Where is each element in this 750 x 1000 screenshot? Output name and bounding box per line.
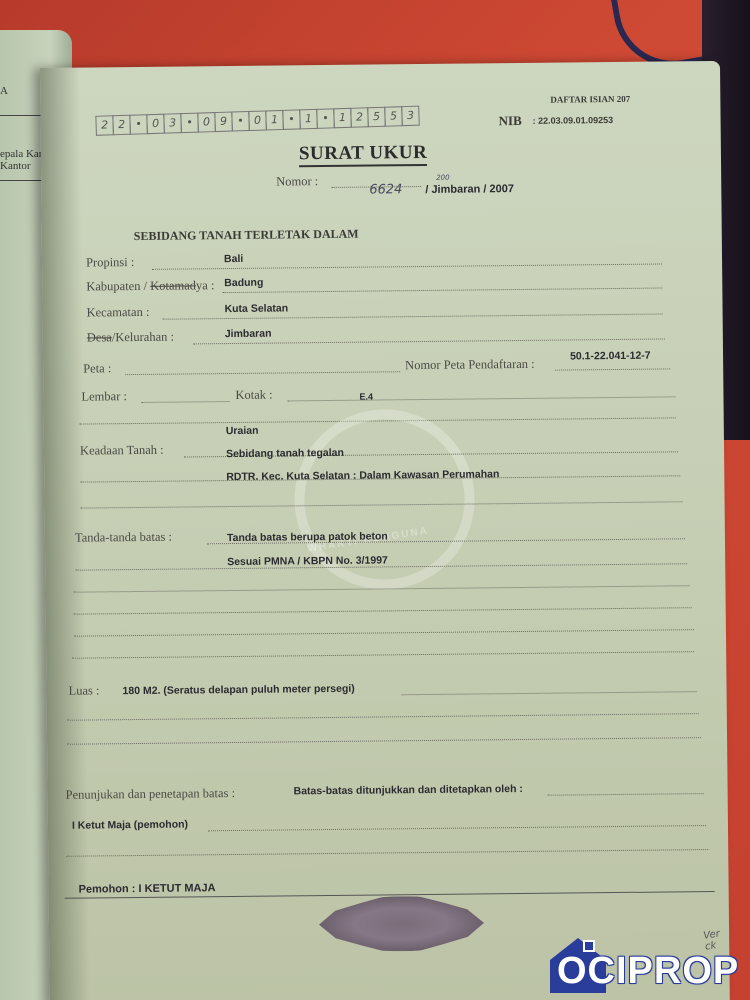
nib-value: : 22.03.09.01.09253 (533, 115, 614, 126)
desa-value: Jimbaran (225, 328, 272, 340)
back-page-fragment: A (0, 85, 8, 97)
id-box: • (231, 111, 250, 132)
id-box: 9 (214, 112, 233, 133)
nomor-suffix: / Jimbaran / 2007 (425, 183, 514, 196)
brand-name: OCIPROP (557, 950, 739, 993)
id-box: 0 (146, 114, 165, 135)
dotted-line (67, 737, 701, 745)
ociprop-watermark-logo: OCIPROP (545, 935, 750, 995)
nomor-sub: 200 (436, 174, 449, 182)
kecamatan-value: Kuta Selatan (224, 302, 288, 315)
id-box: 5 (384, 106, 403, 127)
keadaan-tanah-value: Uraian (226, 425, 259, 437)
id-box: 2 (95, 115, 114, 136)
nomor-label: Nomor : (276, 174, 318, 189)
kotak-value: E.4 (359, 392, 373, 402)
nib-label: NIB (498, 113, 521, 129)
luas-value: 180 M2. (Seratus delapan puluh meter per… (122, 683, 354, 697)
nomor-peta-value: 50.1-22.041-12-7 (570, 350, 651, 363)
id-box: 2 (112, 115, 131, 136)
dotted-line (72, 651, 694, 659)
dotted-line (125, 371, 400, 375)
dotted-line (287, 396, 675, 401)
dotted-line (548, 793, 704, 796)
handwritten-id-boxes: 22•03•09•01•1•12553 (96, 106, 419, 136)
penunjukan-value: Batas-batas ditunjukkan dan ditetapkan o… (294, 783, 523, 797)
id-box: 0 (248, 110, 267, 131)
dotted-line (67, 713, 699, 721)
kabupaten-label: Kabupaten / Kotamadya : (86, 278, 214, 294)
lembar-label: Lembar : (81, 389, 127, 404)
id-box: • (129, 114, 148, 135)
id-box: 1 (265, 110, 284, 131)
penunjukan-label: Penunjukan dan penetapan batas : (66, 786, 236, 803)
nomor-handwritten: 6624 (369, 182, 402, 197)
page-title: SURAT UKUR (299, 142, 428, 167)
dotted-line (142, 401, 230, 403)
id-box: 3 (163, 113, 182, 134)
tanda-batas-value: Sesuai PMNA / KBPN No. 3/1997 (227, 554, 388, 568)
tanda-batas-value: Tanda batas berupa patok beton (227, 530, 388, 544)
tanda-batas-label: Tanda-tanda batas : (75, 530, 172, 546)
security-rosette (319, 895, 485, 952)
id-box: 2 (350, 107, 369, 128)
propinsi-label: Propinsi : (86, 255, 134, 271)
id-box: 1 (299, 109, 318, 130)
id-box: • (282, 109, 301, 130)
nomor-peta-label: Nomor Peta Pendaftaran : (405, 357, 535, 373)
id-box: 5 (367, 107, 386, 128)
dotted-line (555, 368, 670, 370)
dotted-line (74, 629, 694, 636)
id-box: 0 (197, 112, 216, 133)
id-box: 3 (401, 106, 420, 127)
dotted-line (66, 849, 708, 857)
propinsi-value: Bali (224, 253, 243, 265)
dotted-line (208, 825, 706, 831)
id-box: • (180, 113, 199, 134)
id-box: 1 (333, 108, 352, 129)
dotted-line (402, 691, 697, 695)
penunjukan-value: I Ketut Maja (pemohon) (72, 818, 188, 831)
dotted-line (74, 607, 692, 614)
kabupaten-value: Badung (224, 277, 263, 289)
pemohon-label: Pemohon : I KETUT MAJA (79, 882, 216, 895)
surat-ukur-page: DAFTAR ISIAN 207 NIB : 22.03.09.01.09253… (40, 61, 730, 1000)
desa-label: Desa/Kelurahan : (87, 330, 174, 346)
id-box: • (316, 108, 335, 129)
keadaan-tanah-value: Sebidang tanah tegalan (226, 447, 344, 460)
dotted-line (222, 287, 662, 293)
form-code: DAFTAR ISIAN 207 (550, 94, 630, 105)
section-heading: SEBIDANG TANAH TERLETAK DALAM (134, 227, 359, 244)
back-page-fragment: Kantor (0, 160, 31, 172)
peta-label: Peta : (83, 361, 111, 376)
kecamatan-label: Kecamatan : (86, 305, 149, 321)
luas-label: Luas : (68, 683, 99, 698)
keadaan-tanah-label: Keadaan Tanah : (80, 443, 164, 459)
kotak-label: Kotak : (235, 388, 272, 403)
